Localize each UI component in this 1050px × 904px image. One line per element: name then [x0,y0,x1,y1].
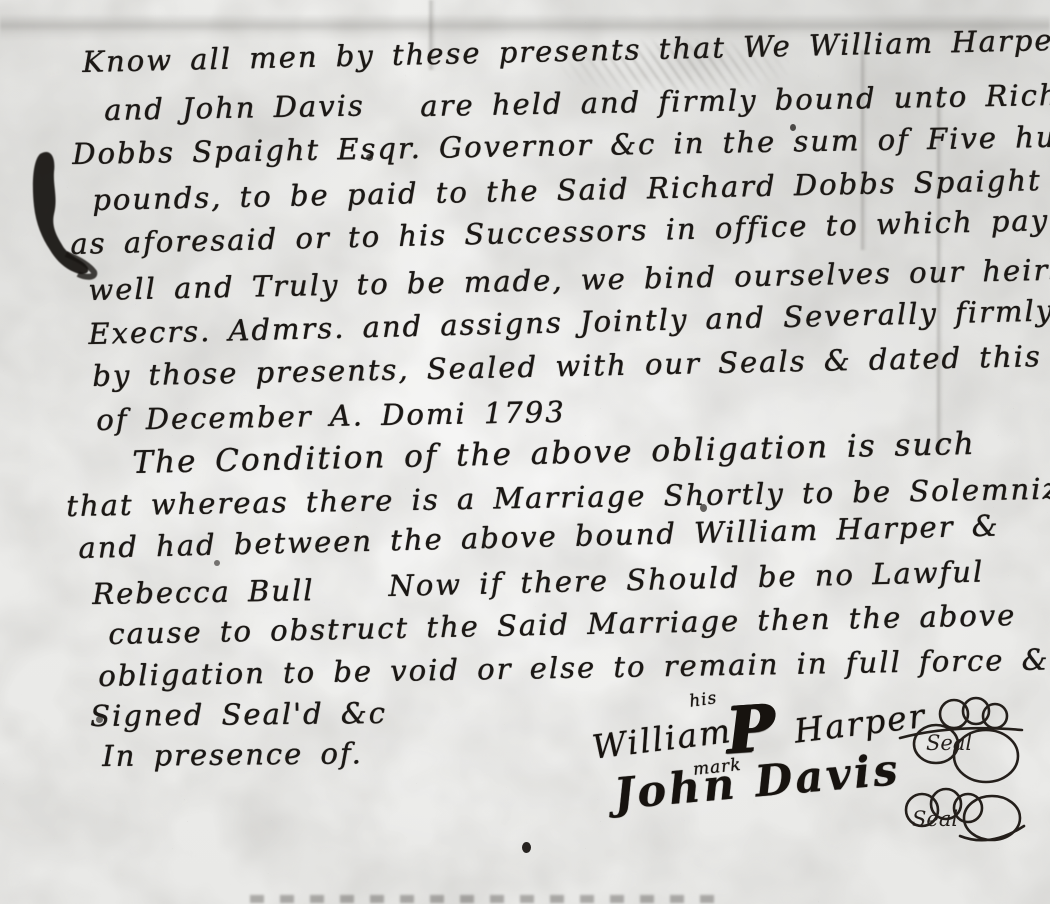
davis-seal-label: Seal [912,807,958,831]
document-scan: Know all men by these presents that We W… [0,0,1050,904]
document-line-15: obligation to be void or else to remain … [98,645,1050,691]
document-line-9-date: of December A. Domi 1793 [96,398,566,435]
document-line-2-names: and John Davis [104,91,365,125]
harper-mark-label-his: his [688,688,719,712]
document-line-10-condition-start: The Condition of the above obligation is… [132,429,976,479]
document-line-3: Dobbs Spaight Esqr. Governor &c in the s… [72,121,1050,169]
document-line-2-rest: are held and firmly bound unto Richd [420,80,1050,121]
document-line-17-in-presence: In presence of. [102,739,363,771]
bottom-edge-smudge [250,895,730,903]
harper-seal-label: Seal [926,731,972,755]
ink-speck [522,842,531,853]
davis-seal-icon: Seal [890,782,1026,854]
harper-seal-icon: Seal [898,696,1024,788]
document-line-13-rest: Now if there Should be no Lawful [388,557,984,601]
document-line-13-bride-name: Rebecca Bull [92,576,315,609]
document-line-16-signed-sealed: Signed Seal'd &c [90,699,387,731]
